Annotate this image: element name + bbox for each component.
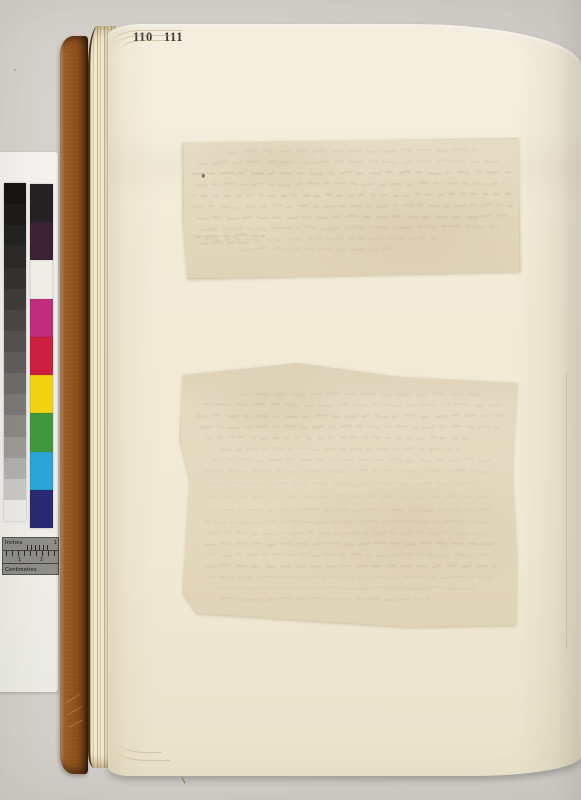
grayscale-step — [4, 394, 26, 415]
scale-bar: Inches 1 1 2 Centimetres — [2, 537, 59, 575]
grayscale-step — [4, 246, 26, 267]
inch-ticks — [27, 545, 50, 550]
page-roll-off-shadow — [555, 0, 581, 800]
color-patch-aubergine — [30, 222, 53, 260]
ghost-line — [206, 437, 476, 440]
color-patch-magenta — [30, 299, 53, 337]
ghost-line — [204, 543, 494, 545]
ghost-line — [197, 215, 507, 219]
ghost-line — [202, 404, 502, 407]
dust-speck — [14, 69, 16, 71]
ghost-line — [241, 247, 391, 251]
grayscale-step — [4, 310, 26, 331]
ghost-line — [216, 587, 476, 590]
ghost-line — [208, 532, 488, 535]
grayscale-step — [4, 437, 26, 458]
fragment-paper — [183, 138, 521, 279]
ghost-line — [193, 204, 513, 208]
ghost-line — [199, 160, 499, 164]
page-fan-line — [121, 40, 167, 50]
cm-number-2: 2 — [40, 557, 43, 563]
paper-fiber — [181, 777, 185, 784]
centimetres-label-row: Centimetres — [3, 564, 58, 576]
color-patch-black — [30, 184, 53, 222]
grayscale-step — [4, 352, 26, 373]
inch-number: 1 — [54, 540, 57, 546]
ghost-line — [195, 234, 265, 237]
ghost-line — [240, 393, 480, 395]
ghost-line — [210, 509, 490, 512]
ghost-line — [196, 415, 506, 418]
ghost-line — [210, 576, 490, 579]
ghost-line — [201, 242, 251, 244]
centimetre-row: 1 2 — [3, 551, 58, 564]
leather-crease — [69, 719, 84, 727]
page-fold-line — [566, 372, 567, 648]
ghost-line — [206, 496, 486, 499]
grayscale-step — [4, 415, 26, 436]
ghost-line — [205, 237, 435, 241]
book-spine — [60, 36, 88, 774]
grayscale-step — [4, 458, 26, 479]
ghost-handwriting — [180, 362, 518, 628]
ghost-line — [191, 171, 511, 176]
grayscale-step — [4, 373, 26, 394]
leather-crease — [68, 706, 82, 715]
leather-crease — [66, 694, 80, 703]
manuscript-fragment-upper — [183, 138, 521, 279]
archival-book-photograph: Inches 1 1 2 Centimetres 110 111 — [0, 0, 581, 800]
color-patch-cyan — [30, 452, 53, 490]
ghost-line — [199, 226, 499, 230]
ghost-handwriting — [183, 138, 521, 279]
ghost-line — [227, 149, 477, 153]
ghost-line — [210, 483, 480, 486]
ghost-line — [210, 459, 490, 462]
ghost-line — [220, 598, 430, 601]
color-patch-indigo — [30, 490, 53, 528]
color-patch-strip — [30, 184, 53, 528]
ghost-line — [204, 469, 494, 472]
cm-ticks — [6, 551, 55, 556]
centimetres-label: Centimetres — [5, 567, 37, 573]
ghost-line — [200, 426, 500, 428]
ghost-line — [206, 565, 496, 568]
color-patch-crimson — [30, 337, 53, 375]
grayscale-step — [4, 225, 26, 246]
color-patch-green — [30, 413, 53, 451]
inches-row: Inches 1 — [3, 538, 58, 551]
grayscale-step — [4, 183, 26, 204]
grayscale-strip — [4, 183, 26, 521]
grayscale-step — [4, 289, 26, 310]
color-patch-white — [30, 260, 53, 298]
ghost-line — [210, 554, 490, 557]
grayscale-step — [4, 331, 26, 352]
manuscript-fragment-lower — [180, 362, 518, 628]
inches-label: Inches — [5, 540, 22, 546]
grayscale-step — [4, 479, 26, 500]
grayscale-step — [4, 204, 26, 225]
ghost-line — [195, 182, 505, 187]
ghost-line — [191, 193, 511, 197]
grayscale-step — [4, 500, 26, 521]
ghost-line — [220, 448, 460, 451]
fragment-paper — [180, 362, 518, 628]
grayscale-step — [4, 268, 26, 289]
ghost-line — [204, 521, 494, 524]
ink-speck — [202, 174, 205, 178]
color-patch-yellow — [30, 375, 53, 413]
cm-number-1: 1 — [18, 557, 21, 563]
